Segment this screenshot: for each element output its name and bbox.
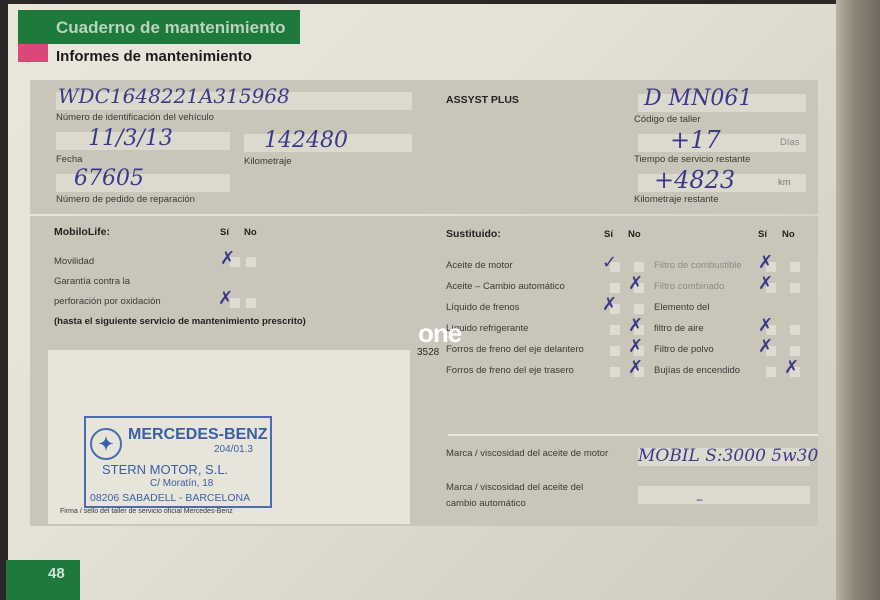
replaced-item-label: Filtro combinado [654, 281, 724, 292]
replaced-item-label: Líquido de frenos [446, 302, 519, 313]
workshop-code-value: D MN061 [644, 86, 752, 111]
replaced-yes-checkbox[interactable] [766, 367, 776, 377]
replaced-item-label: filtro de aire [654, 323, 704, 334]
replaced-no-checkbox[interactable] [790, 283, 800, 293]
mobilolife-no-header: No [244, 227, 257, 238]
check-mark-icon: ✗ [628, 359, 643, 377]
gearbox-oil-field [638, 486, 810, 504]
replaced-item-label: Bujías de encendido [654, 365, 740, 376]
section-header: Cuaderno de mantenimiento [18, 10, 300, 44]
replaced-no-checkbox[interactable] [790, 346, 800, 356]
replaced-no-header-2: No [782, 229, 795, 240]
replaced-yes-header-2: Sí [758, 229, 767, 240]
check-mark-icon: ✗ [628, 317, 643, 335]
gearbox-oil-value: – [696, 492, 703, 508]
page-number: 48 [6, 560, 80, 600]
check-mark-icon: ✗ [602, 296, 617, 314]
days-label: Tiempo de servicio restante [634, 154, 750, 165]
replaced-item-label: Aceite de motor [446, 260, 513, 271]
replaced-yes-header: Sí [604, 229, 613, 240]
replaced-no-header: No [628, 229, 641, 240]
mileage-label: Kilometraje [244, 156, 292, 167]
date-value: 11/3/13 [88, 126, 173, 151]
stamp-city: 08206 SABADELL - BARCELONA [90, 492, 250, 504]
check-mark-icon: ✗ [758, 254, 773, 272]
assyst-title: ASSYST PLUS [446, 94, 519, 106]
stamp-caption: Firma / sello del taller de servicio ofi… [60, 508, 233, 515]
replaced-yes-checkbox[interactable] [610, 325, 620, 335]
stamp-street: C/ Moratín, 18 [150, 478, 213, 489]
replaced-item-label: Aceite – Cambio automático [446, 281, 565, 292]
check-mark-icon: ✗ [628, 338, 643, 356]
mobilolife-no-checkbox[interactable] [246, 257, 256, 267]
replaced-title: Sustituido: [446, 228, 501, 240]
replaced-item-label: Forros de freno del eje trasero [446, 365, 574, 376]
stamp-code: 204/01.3 [214, 444, 253, 455]
check-mark-icon: ✗ [758, 275, 773, 293]
replaced-yes-checkbox[interactable] [610, 283, 620, 293]
mercedes-star-icon: ✦ [90, 428, 122, 460]
book-spine [836, 0, 880, 600]
check-mark-icon: ✗ [758, 317, 773, 335]
mobilolife-item: Movilidad [54, 256, 94, 267]
km-unit: km [778, 177, 791, 188]
watermark-number: 3528 [417, 347, 439, 358]
replaced-item-label: Filtro de combustible [654, 260, 742, 271]
repair-order-value: 67605 [74, 166, 144, 191]
vin-label: Número de identificación del vehículo [56, 112, 214, 123]
replaced-item-label: Elemento del [654, 302, 709, 313]
check-mark-icon: ✗ [758, 338, 773, 356]
replaced-no-checkbox[interactable] [634, 304, 644, 314]
check-mark-icon: ✗ [784, 359, 799, 377]
replaced-item-label: Forros de freno del eje delantero [446, 344, 584, 355]
engine-oil-value: MOBIL S:3000 5w30 [638, 446, 818, 466]
gearbox-oil-label-1: Marca / viscosidad del aceite del [446, 482, 583, 493]
replaced-yes-checkbox[interactable] [610, 346, 620, 356]
check-mark-icon: ✓ [602, 254, 617, 272]
mobilolife-note: (hasta el siguiente servicio de mantenim… [54, 316, 306, 327]
accent-tab [18, 44, 48, 62]
stamp-company: STERN MOTOR, S.L. [102, 462, 228, 477]
days-unit: Días [780, 137, 800, 148]
workshop-stamp: ✦ MERCEDES-BENZ 204/01.3 STERN MOTOR, S.… [84, 416, 272, 508]
page-subtitle: Informes de mantenimiento [56, 48, 252, 65]
stamp-brand: MERCEDES-BENZ [128, 426, 268, 444]
engine-oil-label: Marca / viscosidad del aceite de motor [446, 448, 608, 459]
mobilolife-yes-header: Sí [220, 227, 229, 238]
replaced-no-checkbox[interactable] [790, 262, 800, 272]
watermark-logo: one [418, 318, 461, 349]
check-mark-icon: ✗ [220, 250, 235, 268]
divider [448, 434, 818, 436]
mobilolife-item: perforación por oxidación [54, 296, 161, 307]
repair-order-label: Número de pedido de reparación [56, 194, 195, 205]
mileage-value: 142480 [264, 128, 348, 153]
mobilolife-title: MobiloLife: [54, 226, 110, 238]
check-mark-icon: ✗ [218, 290, 233, 308]
km-label: Kilometraje restante [634, 194, 718, 205]
replaced-yes-checkbox[interactable] [610, 367, 620, 377]
days-value: +17 [670, 126, 721, 154]
maintenance-book-page: Cuaderno de mantenimiento Informes de ma… [8, 4, 844, 600]
replaced-no-checkbox[interactable] [790, 325, 800, 335]
date-label: Fecha [56, 154, 82, 165]
mobilolife-item: Garantía contra la [54, 276, 130, 287]
check-mark-icon: ✗ [628, 275, 643, 293]
vin-value: WDC1648221A315968 [58, 84, 290, 108]
workshop-code-label: Código de taller [634, 114, 701, 125]
gearbox-oil-label-2: cambio automático [446, 498, 526, 509]
replaced-item-label: Filtro de polvo [654, 344, 714, 355]
km-value: +4823 [654, 166, 735, 194]
replaced-no-checkbox[interactable] [634, 262, 644, 272]
mobilolife-no-checkbox[interactable] [246, 298, 256, 308]
